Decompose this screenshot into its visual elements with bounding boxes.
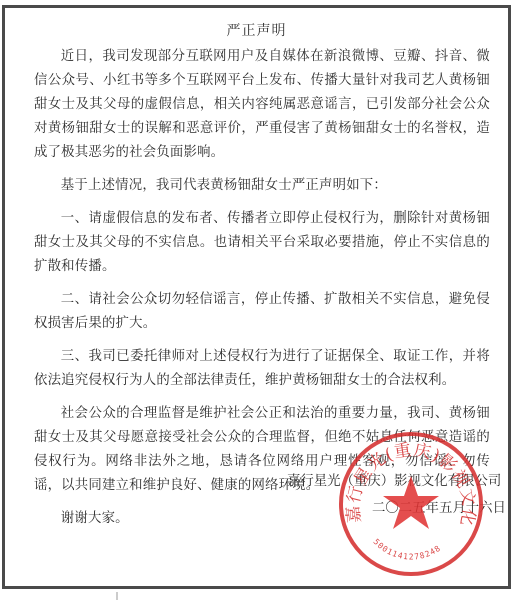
paragraph-intro: 近日，我司发现部分互联网用户及自媒体在新浪微博、豆瓣、抖音、微信公众号、小红书等… <box>34 45 490 165</box>
page-mark <box>116 592 118 600</box>
seal-number: 5001141278248 <box>371 537 442 561</box>
paragraph-statement-lead: 基于上述情况，我司代表黄杨钿甜女士严正声明如下： <box>34 174 490 198</box>
star-icon <box>383 476 439 529</box>
paragraph-point-one: 一、请虚假信息的发布者、传播者立即停止侵权行为，删除针对黄杨钿甜女士及其父母的不… <box>34 207 490 279</box>
paragraph-point-two: 二、请社会公众切勿轻信谣言，停止传播、扩散相关不实信息，避免侵权损害后果的扩大。 <box>34 288 490 336</box>
company-seal: 嘉行星光(重庆)影视文化有限公司 5001141278248 <box>337 430 485 578</box>
document-title: 严正声明 <box>5 20 508 40</box>
paragraph-point-three: 三、我司已委托律师对上述侵权行为进行了证据保全、取证工作，并将依法追究侵权行为人… <box>34 345 490 393</box>
